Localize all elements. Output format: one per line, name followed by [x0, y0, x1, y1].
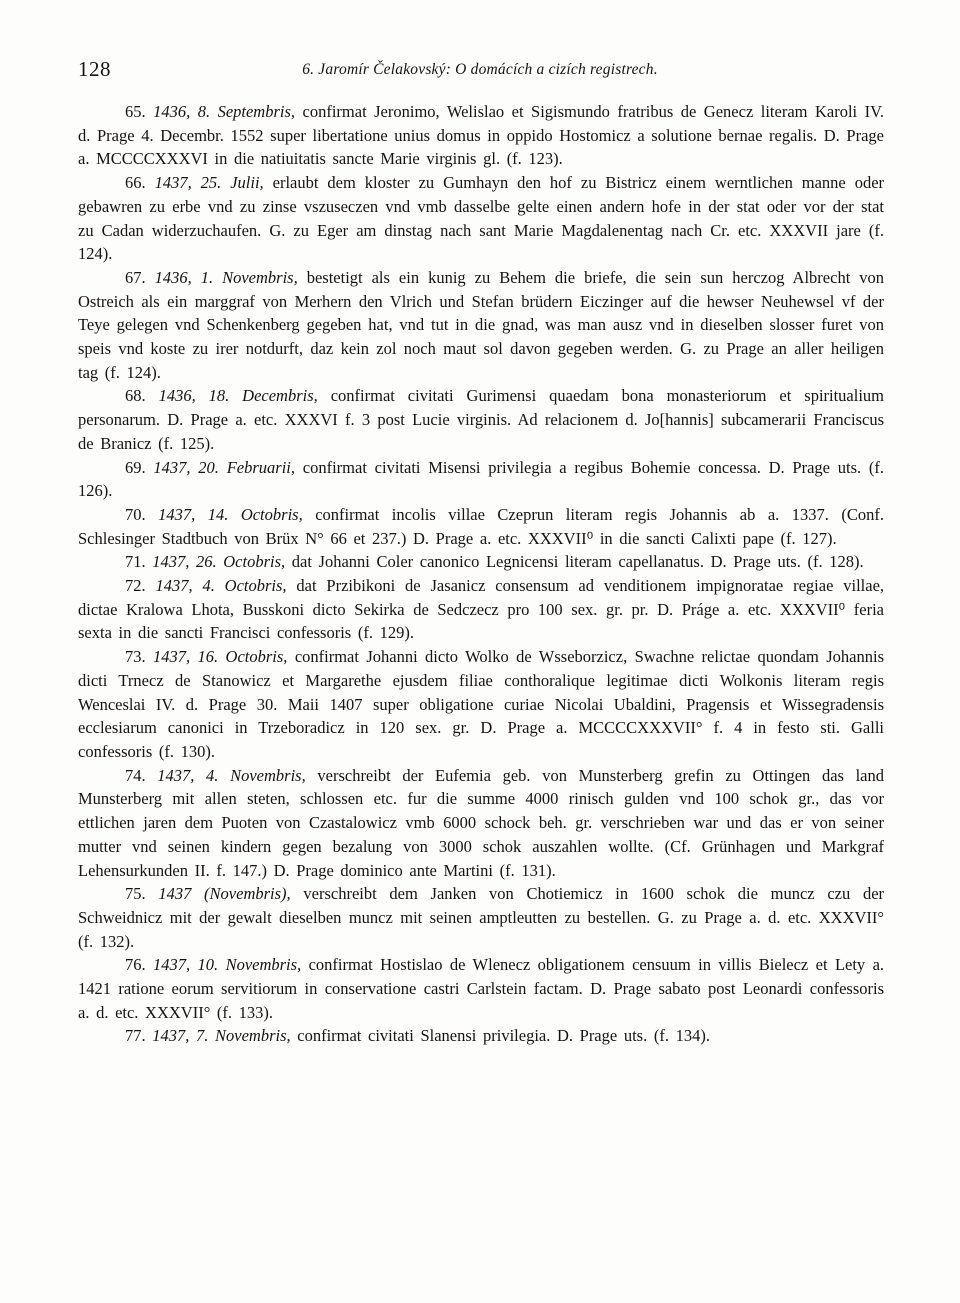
entry-number: 66.: [125, 173, 146, 192]
entry-number: 69.: [125, 458, 146, 477]
text-block: 65. 1436, 8. Septembris, confirmat Jeron…: [78, 100, 884, 1048]
entry-67: 67. 1436, 1. Novembris, bestetigt als ei…: [78, 266, 884, 385]
entry-70: 70. 1437, 14. Octobris, confirmat incoli…: [78, 503, 884, 550]
entry-72: 72. 1437, 4. Octobris, dat Przibikoni de…: [78, 574, 884, 645]
entry-number: 76.: [125, 955, 146, 974]
entry-75: 75. 1437 (Novembris), verschreibt dem Ja…: [78, 882, 884, 953]
entry-74: 74. 1437, 4. Novembris, verschreibt der …: [78, 764, 884, 883]
entry-date: 1437, 20. Februarii,: [153, 458, 295, 477]
entry-date: 1437, 14. Octobris,: [158, 505, 303, 524]
entry-date: 1437, 4. Novembris,: [157, 766, 305, 785]
entry-date: 1436, 1. Novembris,: [155, 268, 298, 287]
entry-number: 70.: [125, 505, 146, 524]
entry-date: 1437, 16. Octobris,: [153, 647, 287, 666]
page-number: 128: [78, 57, 111, 82]
entry-date: 1437, 10. Novembris,: [153, 955, 301, 974]
entry-number: 74.: [125, 766, 146, 785]
entry-date: 1437 (Novembris),: [158, 884, 290, 903]
entry-date: 1437, 7. Novembris,: [152, 1026, 290, 1045]
entry-76: 76. 1437, 10. Novembris, confirmat Hosti…: [78, 953, 884, 1024]
entry-text: confirmat civitati Slanensi privilegia. …: [297, 1026, 710, 1045]
entry-date: 1437, 4. Octobris,: [155, 576, 286, 595]
document-page: 128 6. Jaromír Čelakovský: O domácích a …: [0, 0, 960, 1303]
entry-66: 66. 1437, 25. Julii, erlaubt dem kloster…: [78, 171, 884, 266]
entry-number: 73.: [125, 647, 146, 666]
entry-number: 68.: [125, 386, 146, 405]
entry-65: 65. 1436, 8. Septembris, confirmat Jeron…: [78, 100, 884, 171]
entry-date: 1436, 8. Septembris,: [153, 102, 295, 121]
entry-number: 71.: [125, 552, 146, 571]
page-header: 128 6. Jaromír Čelakovský: O domácích a …: [0, 55, 960, 87]
entry-text: dat Johanni Coler canonico Legnicensi li…: [292, 552, 864, 571]
entry-date: 1436, 18. Decembris,: [159, 386, 318, 405]
entry-68: 68. 1436, 18. Decembris, confirmat civit…: [78, 384, 884, 455]
entry-number: 75.: [125, 884, 146, 903]
entry-number: 67.: [125, 268, 146, 287]
entry-date: 1437, 26. Octobris,: [152, 552, 285, 571]
entry-73: 73. 1437, 16. Octobris, confirmat Johann…: [78, 645, 884, 764]
entry-71: 71. 1437, 26. Octobris, dat Johanni Cole…: [78, 550, 884, 574]
entry-77: 77. 1437, 7. Novembris, confirmat civita…: [78, 1024, 884, 1048]
entry-69: 69. 1437, 20. Februarii, confirmat civit…: [78, 456, 884, 503]
entry-number: 72.: [125, 576, 146, 595]
running-title: 6. Jaromír Čelakovský: O domácích a cizí…: [0, 55, 960, 79]
entry-number: 77.: [125, 1026, 146, 1045]
entry-date: 1437, 25. Julii,: [155, 173, 264, 192]
entry-number: 65.: [125, 102, 146, 121]
